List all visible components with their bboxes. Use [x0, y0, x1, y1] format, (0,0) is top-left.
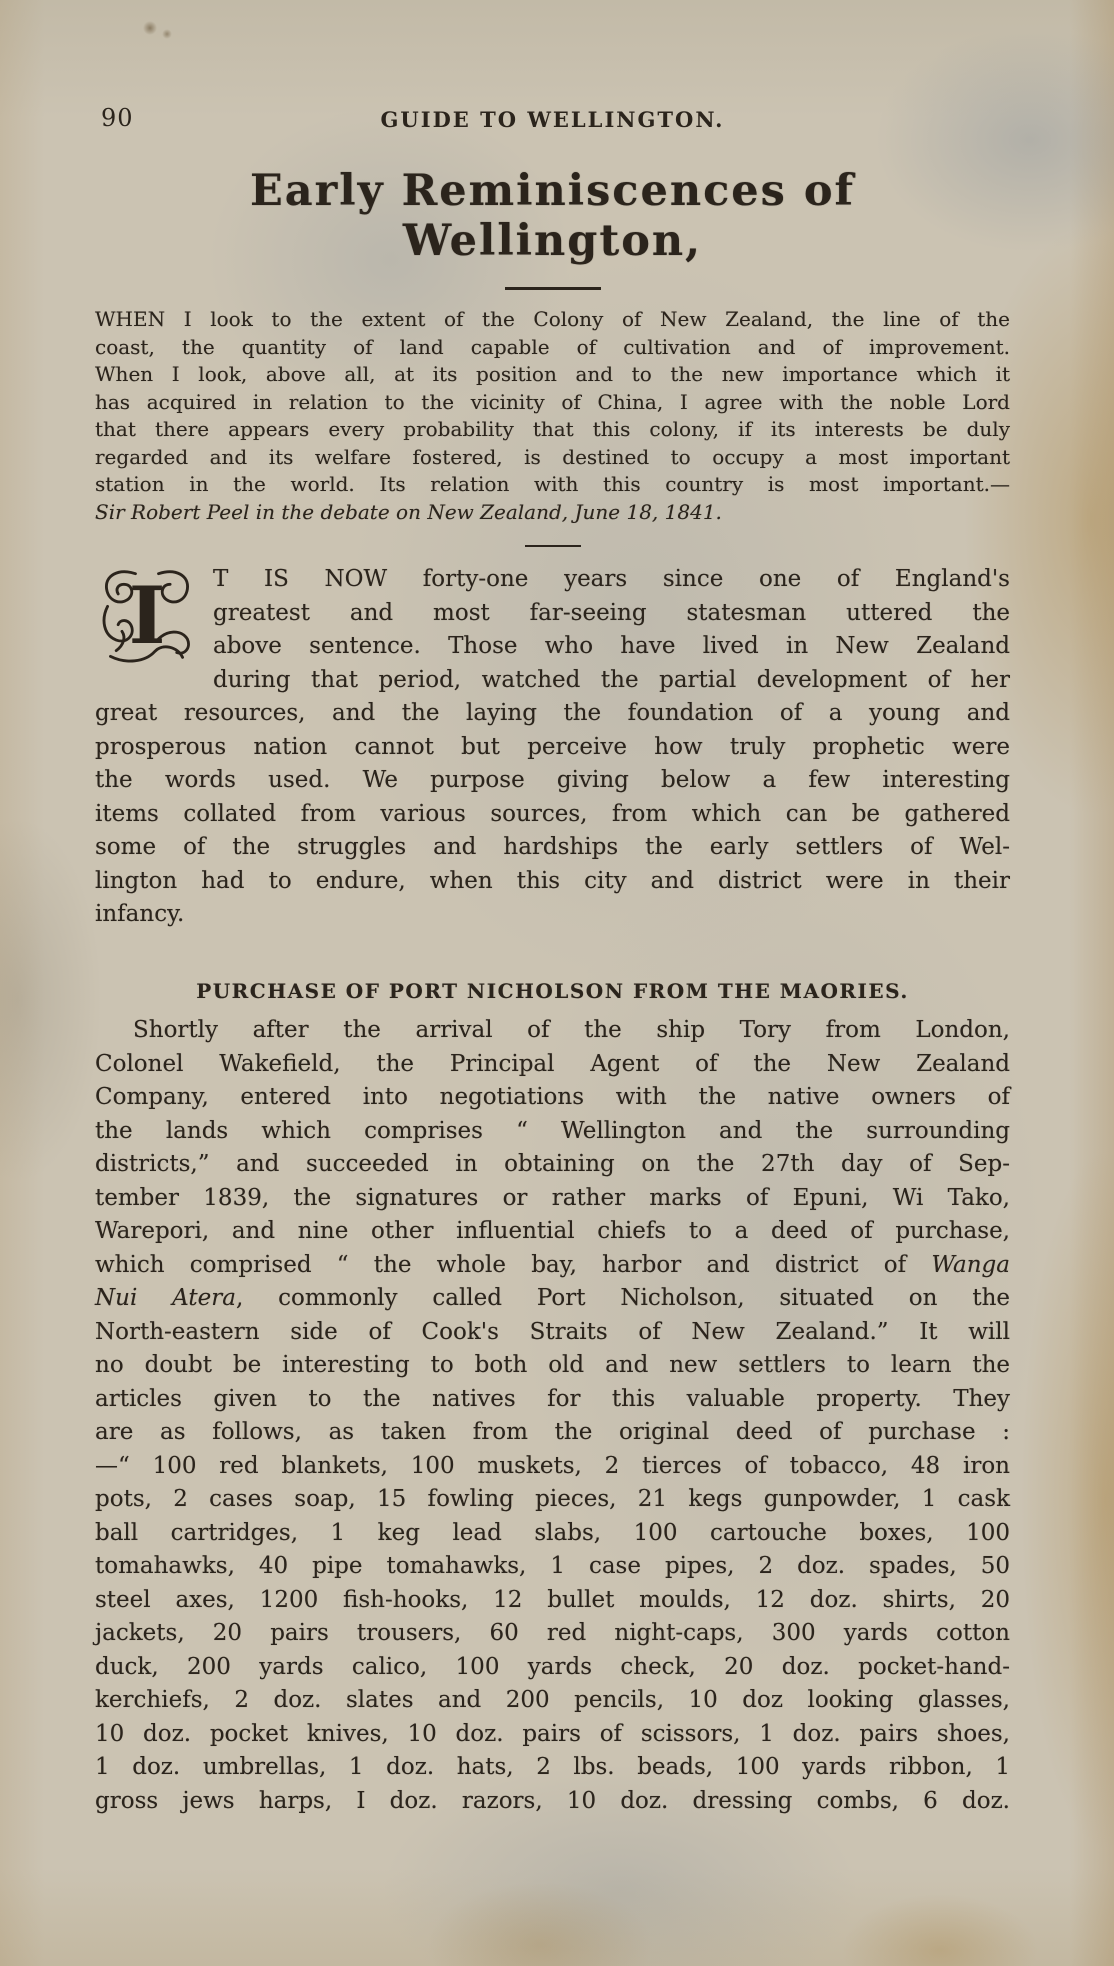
text-line: T IS NOW forty-one years since one of En… [95, 563, 1010, 597]
text-line: Company, entered into negotiations with … [95, 1081, 1010, 1115]
ornamental-initial-icon: I [95, 566, 199, 666]
text-line: tember 1839, the signatures or rather ma… [95, 1182, 1010, 1216]
ornamental-initial: I [95, 566, 199, 666]
text-line: Sir Robert Peel in the debate on New Zea… [95, 499, 1010, 527]
title-divider-rule [505, 287, 601, 290]
scanned-book-page: 90 GUIDE TO WELLINGTON. Early Reminiscen… [0, 0, 1114, 1966]
text-line: station in the world. Its relation with … [95, 471, 1010, 499]
text-line: steel axes, 1200 fish-hooks, 12 bullet m… [95, 1584, 1010, 1618]
text-line: When I look, above all, at its position … [95, 361, 1010, 389]
section-divider-rule [525, 545, 581, 547]
text-line: coast, the quantity of land capable of c… [95, 334, 1010, 362]
text-line: items collated from various sources, fro… [95, 798, 1010, 832]
text-line: prosperous nation cannot but perceive ho… [95, 731, 1010, 765]
text-line: 1 doz. umbrellas, 1 doz. hats, 2 lbs. be… [95, 1751, 1010, 1785]
text-line: ball cartridges, 1 keg lead slabs, 100 c… [95, 1517, 1010, 1551]
text-line: Colonel Wakefield, the Principal Agent o… [95, 1048, 1010, 1082]
intro-paragraph: I T IS NOW forty-one years since one of … [95, 563, 1010, 932]
text-line: districts,” and succeeded in obtaining o… [95, 1148, 1010, 1182]
intro-paragraph-text: T IS NOW forty-one years since one of En… [95, 563, 1010, 932]
text-line: infancy. [95, 898, 1010, 932]
text-line: pots, 2 cases soap, 15 fowling pieces, 2… [95, 1483, 1010, 1517]
text-line: which comprised “ the whole bay, harbor … [95, 1249, 1010, 1283]
text-line: jackets, 20 pairs trousers, 60 red night… [95, 1617, 1010, 1651]
text-line: the words used. We purpose giving below … [95, 764, 1010, 798]
chapter-title: Early Reminiscences of Wellington, [95, 166, 1010, 266]
text-line: above sentence. Those who have lived in … [95, 630, 1010, 664]
text-line: gross jews harps, I doz. razors, 10 doz.… [95, 1785, 1010, 1819]
text-line: duck, 200 yards calico, 100 yards check,… [95, 1651, 1010, 1685]
purchase-paragraph: Shortly after the arrival of the ship To… [95, 1014, 1010, 1818]
text-line: —“ 100 red blankets, 100 muskets, 2 tier… [95, 1450, 1010, 1484]
section-heading: PURCHASE OF PORT NICHOLSON FROM THE MAOR… [95, 979, 1010, 1003]
text-line: has acquired in relation to the vicinity… [95, 389, 1010, 417]
text-line: 10 doz. pocket knives, 10 doz. pairs of … [95, 1718, 1010, 1752]
text-line: no doubt be interesting to both old and … [95, 1349, 1010, 1383]
text-line: WHEN I look to the extent of the Colony … [95, 306, 1010, 334]
text-line: Shortly after the arrival of the ship To… [95, 1014, 1010, 1048]
text-line: that there appears every probability tha… [95, 416, 1010, 444]
text-line: tomahawks, 40 pipe tomahawks, 1 case pip… [95, 1550, 1010, 1584]
dropcap-letter: I [129, 569, 166, 662]
epigraph-quote: WHEN I look to the extent of the Colony … [95, 306, 1010, 526]
text-line: during that period, watched the partial … [95, 664, 1010, 698]
text-line: North-eastern side of Cook's Straits of … [95, 1316, 1010, 1350]
page-header: 90 GUIDE TO WELLINGTON. [95, 104, 1010, 138]
text-line: Nui Atera, commonly called Port Nicholso… [95, 1282, 1010, 1316]
running-header: GUIDE TO WELLINGTON. [95, 107, 1010, 132]
text-line: kerchiefs, 2 doz. slates and 200 pencils… [95, 1684, 1010, 1718]
text-line: Warepori, and nine other influential chi… [95, 1215, 1010, 1249]
text-line: the lands which comprises “ Wellington a… [95, 1115, 1010, 1149]
text-line: great resources, and the laying the foun… [95, 697, 1010, 731]
text-line: regarded and its welfare fostered, is de… [95, 444, 1010, 472]
text-line: lington had to endure, when this city an… [95, 865, 1010, 899]
text-line: are as follows, as taken from the origin… [95, 1416, 1010, 1450]
text-line: articles given to the natives for this v… [95, 1383, 1010, 1417]
text-line: greatest and most far-seeing statesman u… [95, 597, 1010, 631]
text-line: some of the struggles and hardships the … [95, 831, 1010, 865]
